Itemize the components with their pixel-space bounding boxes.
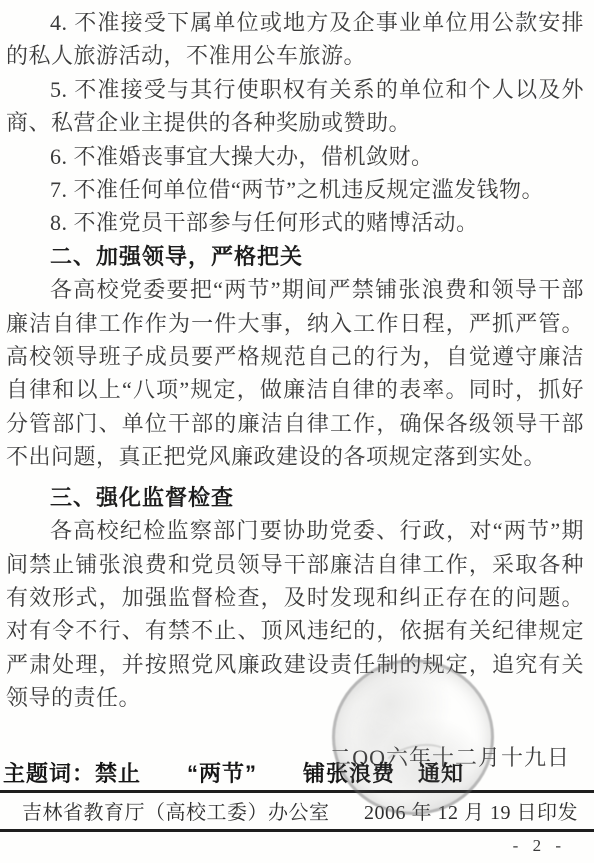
page-number: - 2 - xyxy=(513,836,566,856)
document-page: 4. 不准接受下属单位或地方及企事业单位用公款安排的私人旅游活动，不准用公车旅游… xyxy=(0,0,594,863)
print-date: 2006 年 12 月 19 日印发 xyxy=(364,802,578,825)
numbered-item-7: 7. 不准任何单位借“两节”之机违反规定滥发钱物。 xyxy=(6,173,584,206)
section-heading-3: 三、强化监督检查 xyxy=(6,481,584,514)
numbered-item-5: 5. 不准接受与其行使职权有关系的单位和个人以及外商、私营企业主提供的各种奖励或… xyxy=(6,73,584,140)
section-3-paragraph: 各高校纪检监察部门要协助党委、行政，对“两节”期间禁止铺张浪费和党员领导干部廉洁… xyxy=(6,514,584,714)
numbered-item-6: 6. 不准婚丧事宜大操大办，借机敛财。 xyxy=(6,140,584,173)
numbered-item-4: 4. 不准接受下属单位或地方及企事业单位用公款安排的私人旅游活动，不准用公车旅游… xyxy=(6,6,584,73)
colophon-row: 吉林省教育厅（高校工委）办公室 2006 年 12 月 19 日印发 xyxy=(0,796,594,832)
section-2-paragraph: 各高校党委要把“两节”期间严禁铺张浪费和领导干部廉洁自律工作作为一件大事，纳入工… xyxy=(6,273,584,473)
subject-keywords-line: 主题词：禁止 “两节” 铺张浪费 通知 xyxy=(0,762,594,793)
document-body: 4. 不准接受下属单位或地方及企事业单位用公款安排的私人旅游活动，不准用公车旅游… xyxy=(0,0,594,774)
issuing-office: 吉林省教育厅（高校工委）办公室 xyxy=(22,802,330,825)
numbered-item-8: 8. 不准党员干部参与任何形式的赌博活动。 xyxy=(6,206,584,239)
section-heading-2: 二、加强领导，严格把关 xyxy=(6,240,584,273)
